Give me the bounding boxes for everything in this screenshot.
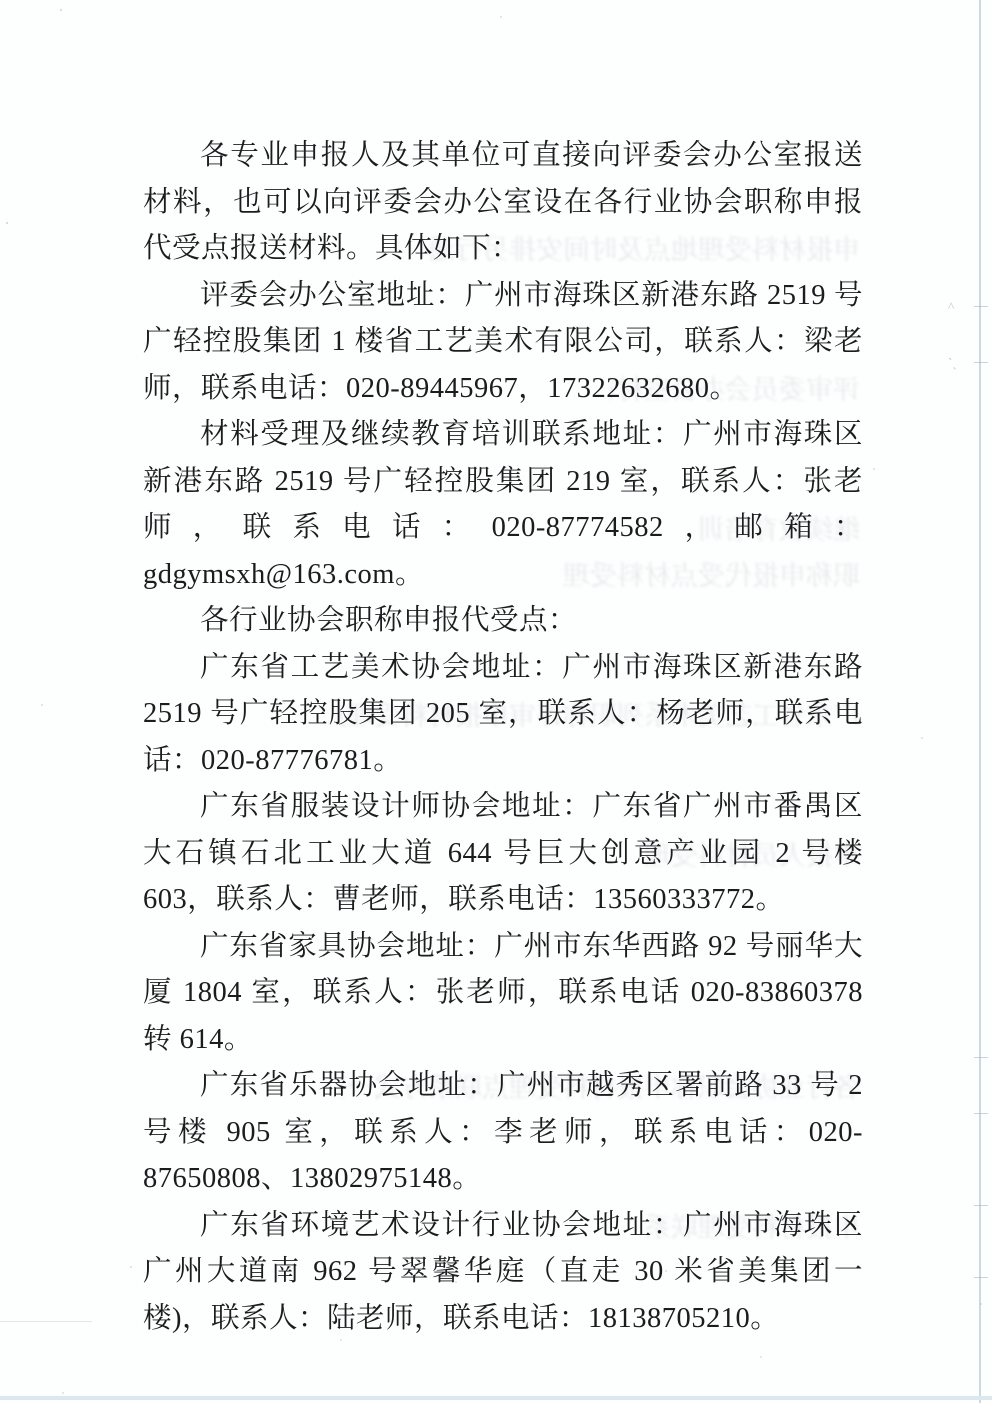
paragraph-furniture-association: 广东省家具协会地址：广州市东华西路 92 号丽华大厦 1804 室，联系人：张老… [143,924,863,1064]
scan-tick [974,1205,988,1206]
scan-tick [974,362,988,363]
scan-faint-line [0,1321,92,1322]
scan-tick [974,306,988,307]
page-edge-line-right [979,0,981,1403]
paragraph-agents-heading: 各行业协会职称申报代受点： [143,598,863,645]
scan-smudge: ^ [948,300,954,313]
paragraph-intro: 各专业申报人及其单位可直接向评委会办公室报送材料，也可以向评委会办公室设在各行业… [143,133,863,273]
paragraph-musical-instruments-association: 广东省乐器协会地址：广州市越秀区署前路 33 号 2 号楼 905 室，联系人：… [143,1063,863,1203]
scan-smudge: ˋˏ [948,356,957,369]
scan-tick [974,1057,988,1058]
paragraph-office-address: 评委会办公室地址：广州市海珠区新港东路 2519 号广轻控股集团 1 楼省工艺美… [143,273,863,413]
scan-tick [974,1113,988,1114]
paragraph-materials-training-contact: 材料受理及继续教育培训联系地址：广州市海珠区新港东路 2519 号广轻控股集团 … [143,412,863,598]
paragraph-arts-crafts-association: 广东省工艺美术协会地址：广州市海珠区新港东路 2519 号广轻控股集团 205 … [143,645,863,785]
paragraph-fashion-designers-association: 广东省服装设计师协会地址：广东省广州市番禺区大石镇石北工业大道 644 号巨大创… [143,784,863,924]
paragraph-environment-art-association: 广东省环境艺术设计行业协会地址：广州市海珠区广州大道南 962 号翠馨华庭（直走… [143,1203,863,1343]
document-text-block: 各专业申报人及其单位可直接向评委会办公室报送材料，也可以向评委会办公室设在各行业… [143,133,863,1342]
scan-tick [974,1277,988,1278]
scanned-document-page: 申报材料受理地点及时间安排另行通知具体要求 评审委员会办公室材料 继续教育培训 … [0,0,992,1403]
page-edge-line-bottom [0,1396,992,1400]
scan-speckles [0,0,2,2]
